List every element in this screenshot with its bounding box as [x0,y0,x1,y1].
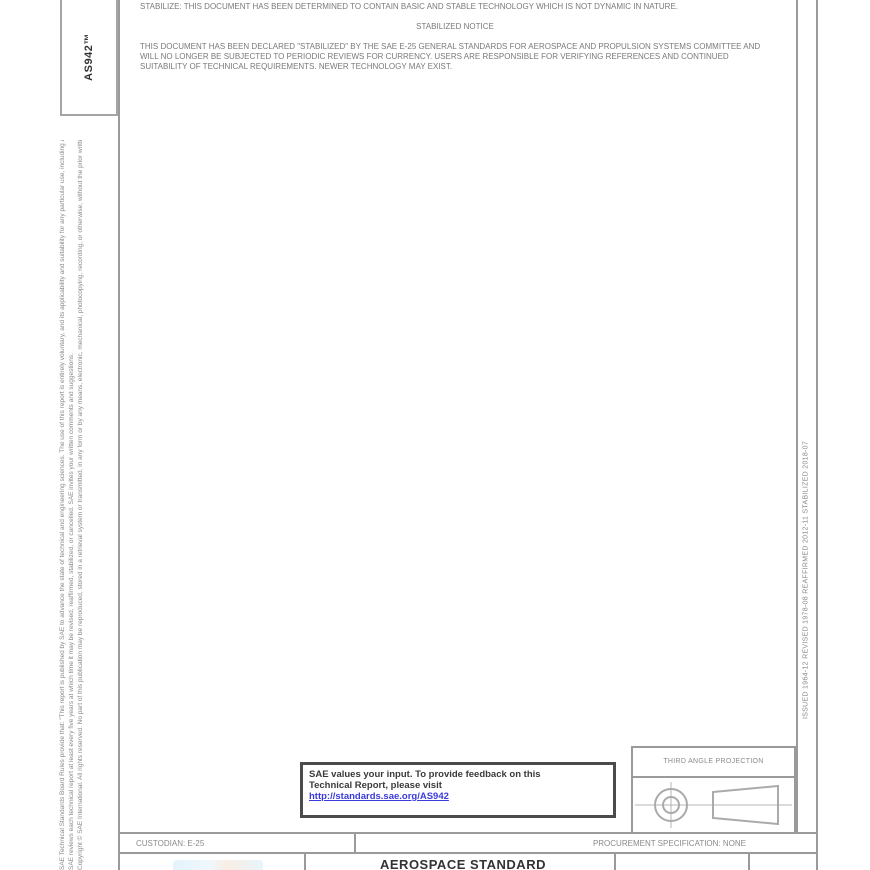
title-block-divider [748,854,750,870]
document-page: AS942™ SAE Technical Standards Board Rul… [0,0,870,870]
projection-title: THIRD ANGLE PROJECTION [633,748,794,778]
stabilize-paragraph: STABILIZE: THIS DOCUMENT HAS BEEN DETERM… [140,2,770,12]
frame-line-right-outer [816,0,818,870]
title-block-divider [614,854,616,870]
revision-history: ISSUED 1964-12 REVISED 1978-08 REAFFIRME… [803,441,810,719]
feedback-link[interactable]: http://standards.sae.org/AS942 [309,791,449,802]
custodian-label: CUSTODIAN: E-25 [136,839,204,848]
feedback-box: SAE values your input. To provide feedba… [300,762,616,818]
title-block-divider [304,854,306,870]
third-angle-projection-symbol-icon [633,778,794,834]
frame-line-left [118,0,120,870]
stabilized-notice-title: STABILIZED NOTICE [140,22,770,32]
sae-disclaimer: SAE Technical Standards Board Rules prov… [58,140,118,870]
bottom-info-bar: CUSTODIAN: E-25 PROCUREMENT SPECIFICATIO… [118,832,816,854]
stabilized-notice-paragraph: THIS DOCUMENT HAS BEEN DECLARED "STABILI… [140,42,770,72]
sae-logo-icon [173,860,263,870]
revision-strip: ISSUED 1964-12 REVISED 1978-08 REAFFIRME… [798,330,814,830]
bottom-bar-divider [354,834,356,852]
title-block: AEROSPACE STANDARD [118,854,816,870]
disclaimer-line: SAE Technical Standards Board Rules prov… [58,140,67,870]
projection-box: THIRD ANGLE PROJECTION [631,746,796,834]
document-body: STABILIZE: THIS DOCUMENT HAS BEEN DETERM… [140,2,770,72]
disclaimer-line: SAE reviews each technical report at lea… [67,140,76,870]
footer-title: AEROSPACE STANDARD [308,857,618,870]
document-number-box: AS942™ [60,0,118,116]
disclaimer-line: Copyright © SAE International. All right… [76,140,85,870]
feedback-text-line1: SAE values your input. To provide feedba… [309,769,607,780]
procurement-label: PROCUREMENT SPECIFICATION: NONE [593,839,746,848]
feedback-text-line2: Technical Report, please visit [309,780,607,791]
document-number: AS942™ [83,33,95,81]
